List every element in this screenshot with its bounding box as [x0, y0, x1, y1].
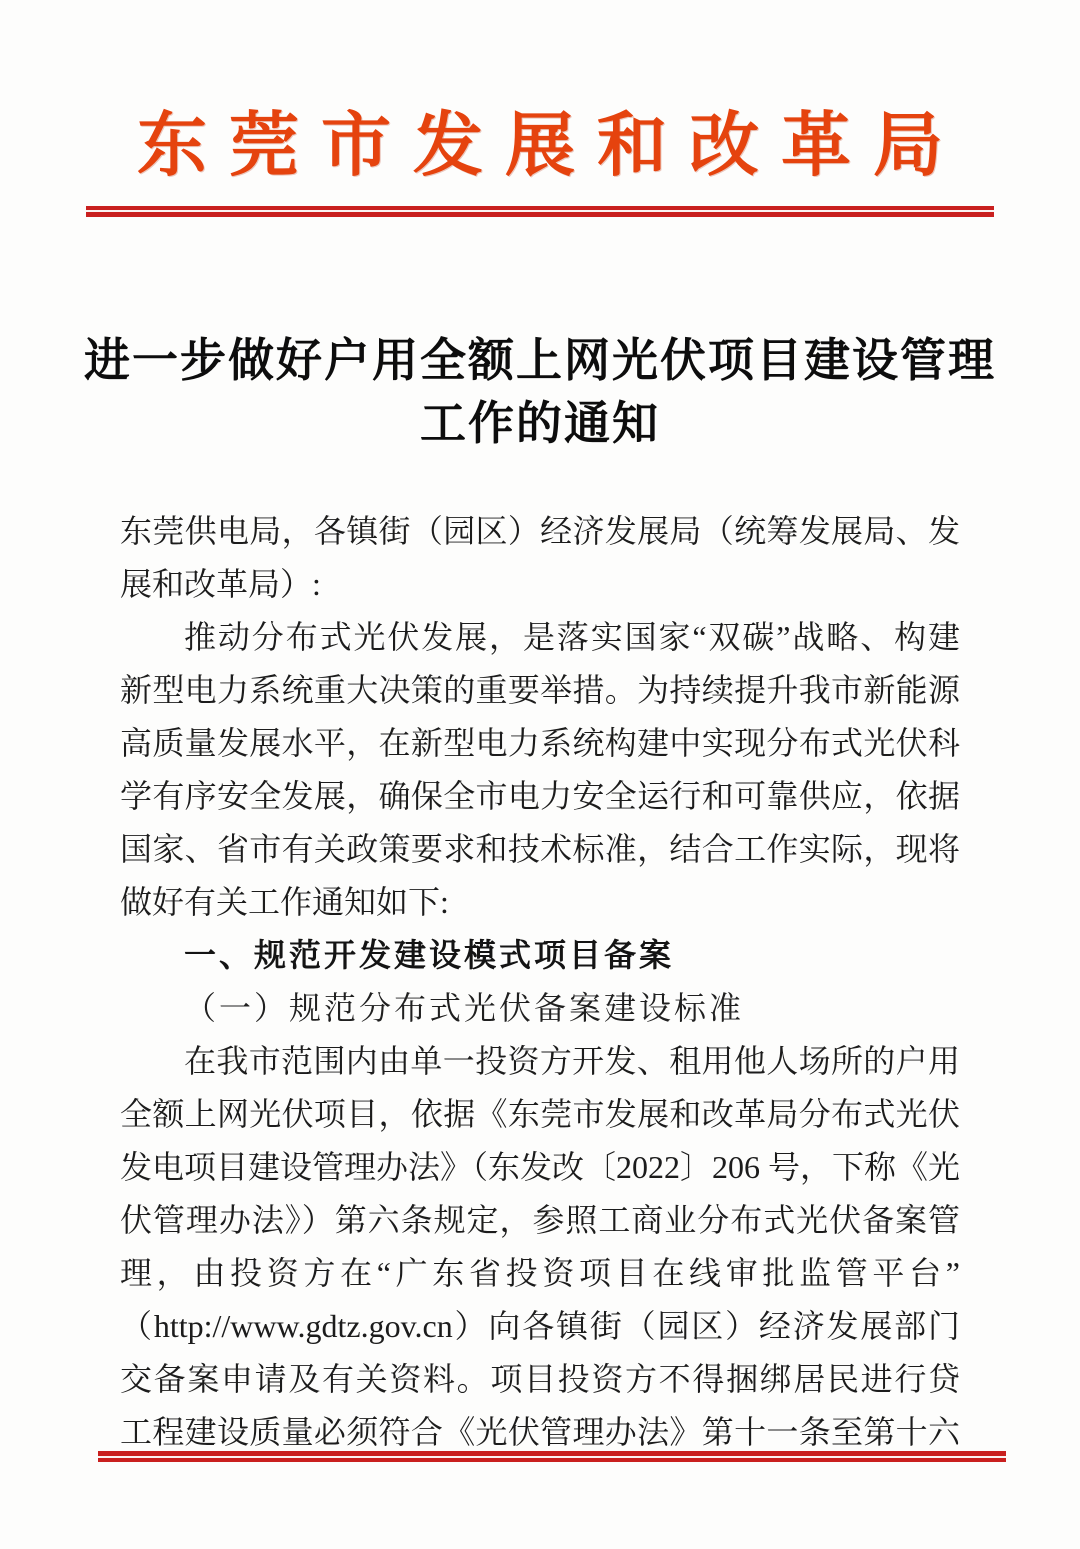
para-1-line-7: 交备案申请及有关资料。项目投资方不得捆绑居民进行贷款，: [120, 1353, 960, 1406]
section-1-heading: 一、规范开发建设模式项目备案: [120, 929, 960, 982]
salutation-line-1: 东莞供电局，各镇街（园区）经济发展局（统筹发展局、发: [120, 505, 960, 558]
para-1-line-4: 伏管理办法》）第六条规定，参照工商业分布式光伏备案管: [120, 1194, 960, 1247]
intro-para-line-6: 做好有关工作通知如下:: [120, 876, 960, 929]
para-1-line-6-url: （http://www.gdtz.gov.cn）向各镇街（园区）经济发展部门递: [120, 1300, 960, 1353]
document-title: 进一步做好户用全额上网光伏项目建设管理 工作的通知: [0, 329, 1080, 455]
intro-para-line-1: 推动分布式光伏发展，是落实国家“双碳”战略、构建: [120, 611, 960, 664]
intro-para-line-4: 学有序安全发展，确保全市电力安全运行和可靠供应，依据: [120, 770, 960, 823]
subsection-1-1-heading: （一）规范分布式光伏备案建设标准: [120, 982, 960, 1035]
document-page: 东莞市发展和改革局 进一步做好户用全额上网光伏项目建设管理 工作的通知 东莞供电…: [0, 0, 1080, 1549]
intro-para-line-3: 高质量发展水平，在新型电力系统构建中实现分布式光伏科: [120, 717, 960, 770]
document-title-line-1: 进一步做好户用全额上网光伏项目建设管理: [0, 329, 1080, 392]
intro-para-line-5: 国家、省市有关政策要求和技术标准，结合工作实际，现将: [120, 823, 960, 876]
agency-name: 东莞市发展和改革局: [0, 104, 1080, 190]
document-body: 东莞供电局，各镇街（园区）经济发展局（统筹发展局、发 展和改革局）: 推动分布式…: [120, 505, 960, 1459]
para-1-line-3: 发电项目建设管理办法》（东发改〔2022〕206 号，下称《光: [120, 1141, 960, 1194]
para-1-line-1: 在我市范围内由单一投资方开发、租用他人场所的户用: [120, 1035, 960, 1088]
para-1-line-5: 理，由投资方在“广东省投资项目在线审批监管平台”: [120, 1247, 960, 1300]
footer-rule: [98, 1451, 1006, 1462]
para-1-line-2: 全额上网光伏项目，依据《东莞市发展和改革局分布式光伏: [120, 1088, 960, 1141]
document-title-line-2: 工作的通知: [0, 392, 1080, 455]
salutation-line-2: 展和改革局）:: [120, 558, 960, 611]
header-rule: [86, 206, 994, 217]
intro-para-line-2: 新型电力系统重大决策的重要举措。为持续提升我市新能源: [120, 664, 960, 717]
